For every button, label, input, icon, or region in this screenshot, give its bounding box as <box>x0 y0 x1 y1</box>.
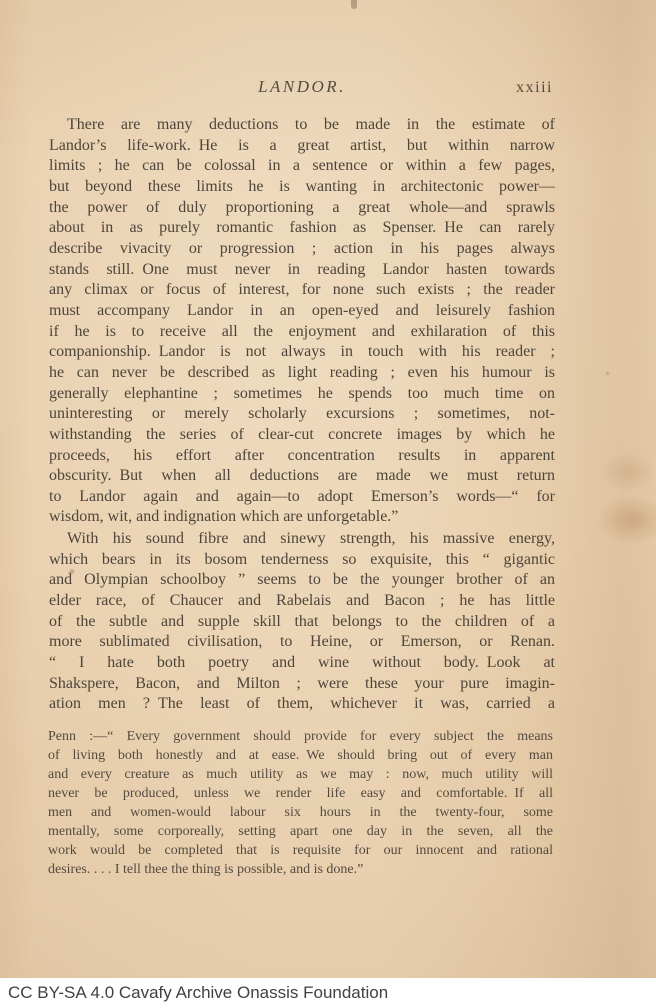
footnote-line: work would be completed that is requisit… <box>48 841 553 860</box>
page-number: xxiii <box>516 78 553 98</box>
license-caption-bar: CC BY-SA 4.0 Cavafy Archive Onassis Foun… <box>0 978 656 1008</box>
footnote-line: mentally, some corporeally, setting apar… <box>48 822 553 841</box>
text-line: generally elephantine ; sometimes he spe… <box>49 384 555 405</box>
text-line: to Landor again and again—to adopt Emers… <box>49 487 555 508</box>
footnote-line: and every creature as much utility as we… <box>48 765 553 784</box>
paper-stain <box>598 496 656 544</box>
scanned-book-page: LANDOR. xxiii There are many deductions … <box>0 0 656 1008</box>
footnote-line: of living both honestly and at ease. We … <box>48 746 553 765</box>
text-line: he can never be described as light readi… <box>49 363 555 384</box>
footnote-line: never be produced, unless we render life… <box>48 784 553 803</box>
text-line: limits ; he can be colossal in a sentenc… <box>49 156 555 177</box>
paragraph: There are many deductions to be made in … <box>49 115 555 528</box>
text-line: obscurity. But when all deductions are m… <box>49 466 555 487</box>
text-line: With his sound fibre and sinewy strength… <box>49 529 555 550</box>
text-line: any climax or focus of interest, for non… <box>49 280 555 301</box>
text-line: stands still. One must never in reading … <box>49 260 555 281</box>
page-title: LANDOR. <box>258 77 346 96</box>
text-line: “ I hate both poetry and wine without bo… <box>49 653 555 674</box>
text-line: withstanding the series of clear-cut con… <box>49 425 555 446</box>
text-line: companionship. Landor is not always in t… <box>49 342 555 363</box>
running-head: LANDOR. xxiii <box>49 77 555 97</box>
text-line: Landor’s life-work. He is a great artist… <box>49 136 555 157</box>
text-line: which bears in its bosom tenderness so e… <box>49 550 555 571</box>
text-line: elder race, of Chaucer and Rabelais and … <box>49 591 555 612</box>
text-line: proceeds, his effort after concentration… <box>49 446 555 467</box>
text-line: and Olympian schoolboy ” seems to be the… <box>49 570 555 591</box>
footnote-line: men and women-would labour six hours in … <box>48 803 553 822</box>
paper-stain <box>600 452 656 492</box>
text-line: describe vivacity or progression ; actio… <box>49 239 555 260</box>
paper-speck <box>351 0 357 9</box>
text-line: more sublimated civilisation, to Heine, … <box>49 632 555 653</box>
body-text: There are many deductions to be made in … <box>49 115 555 715</box>
text-line: the power of duly proportioning a great … <box>49 198 555 219</box>
text-line: ation men ? The least of them, whichever… <box>49 694 555 715</box>
text-line: uninteresting or merely scholarly excurs… <box>49 404 555 425</box>
text-line: wisdom, wit, and indignation which are u… <box>49 507 555 528</box>
text-line: There are many deductions to be made in … <box>49 115 555 136</box>
text-line: Shakspere, Bacon, and Milton ; were thes… <box>49 674 555 695</box>
text-line: but beyond these limits he is wanting in… <box>49 177 555 198</box>
license-caption: CC BY-SA 4.0 Cavafy Archive Onassis Foun… <box>8 983 388 1003</box>
text-line: must accompany Landor in an open-eyed an… <box>49 301 555 322</box>
text-line: of the subtle and supple skill that belo… <box>49 612 555 633</box>
footnote: Penn :—“ Every government should provide… <box>48 727 553 879</box>
footnote-line: desires. . . . I tell thee the thing is … <box>48 860 553 879</box>
footnote-line: Penn :—“ Every government should provide… <box>48 727 553 746</box>
text-line: about in as purely romantic fashion as S… <box>49 218 555 239</box>
text-line: if he is to receive all the enjoyment an… <box>49 322 555 343</box>
paper-speck <box>605 371 610 376</box>
paragraph: With his sound fibre and sinewy strength… <box>49 529 555 715</box>
